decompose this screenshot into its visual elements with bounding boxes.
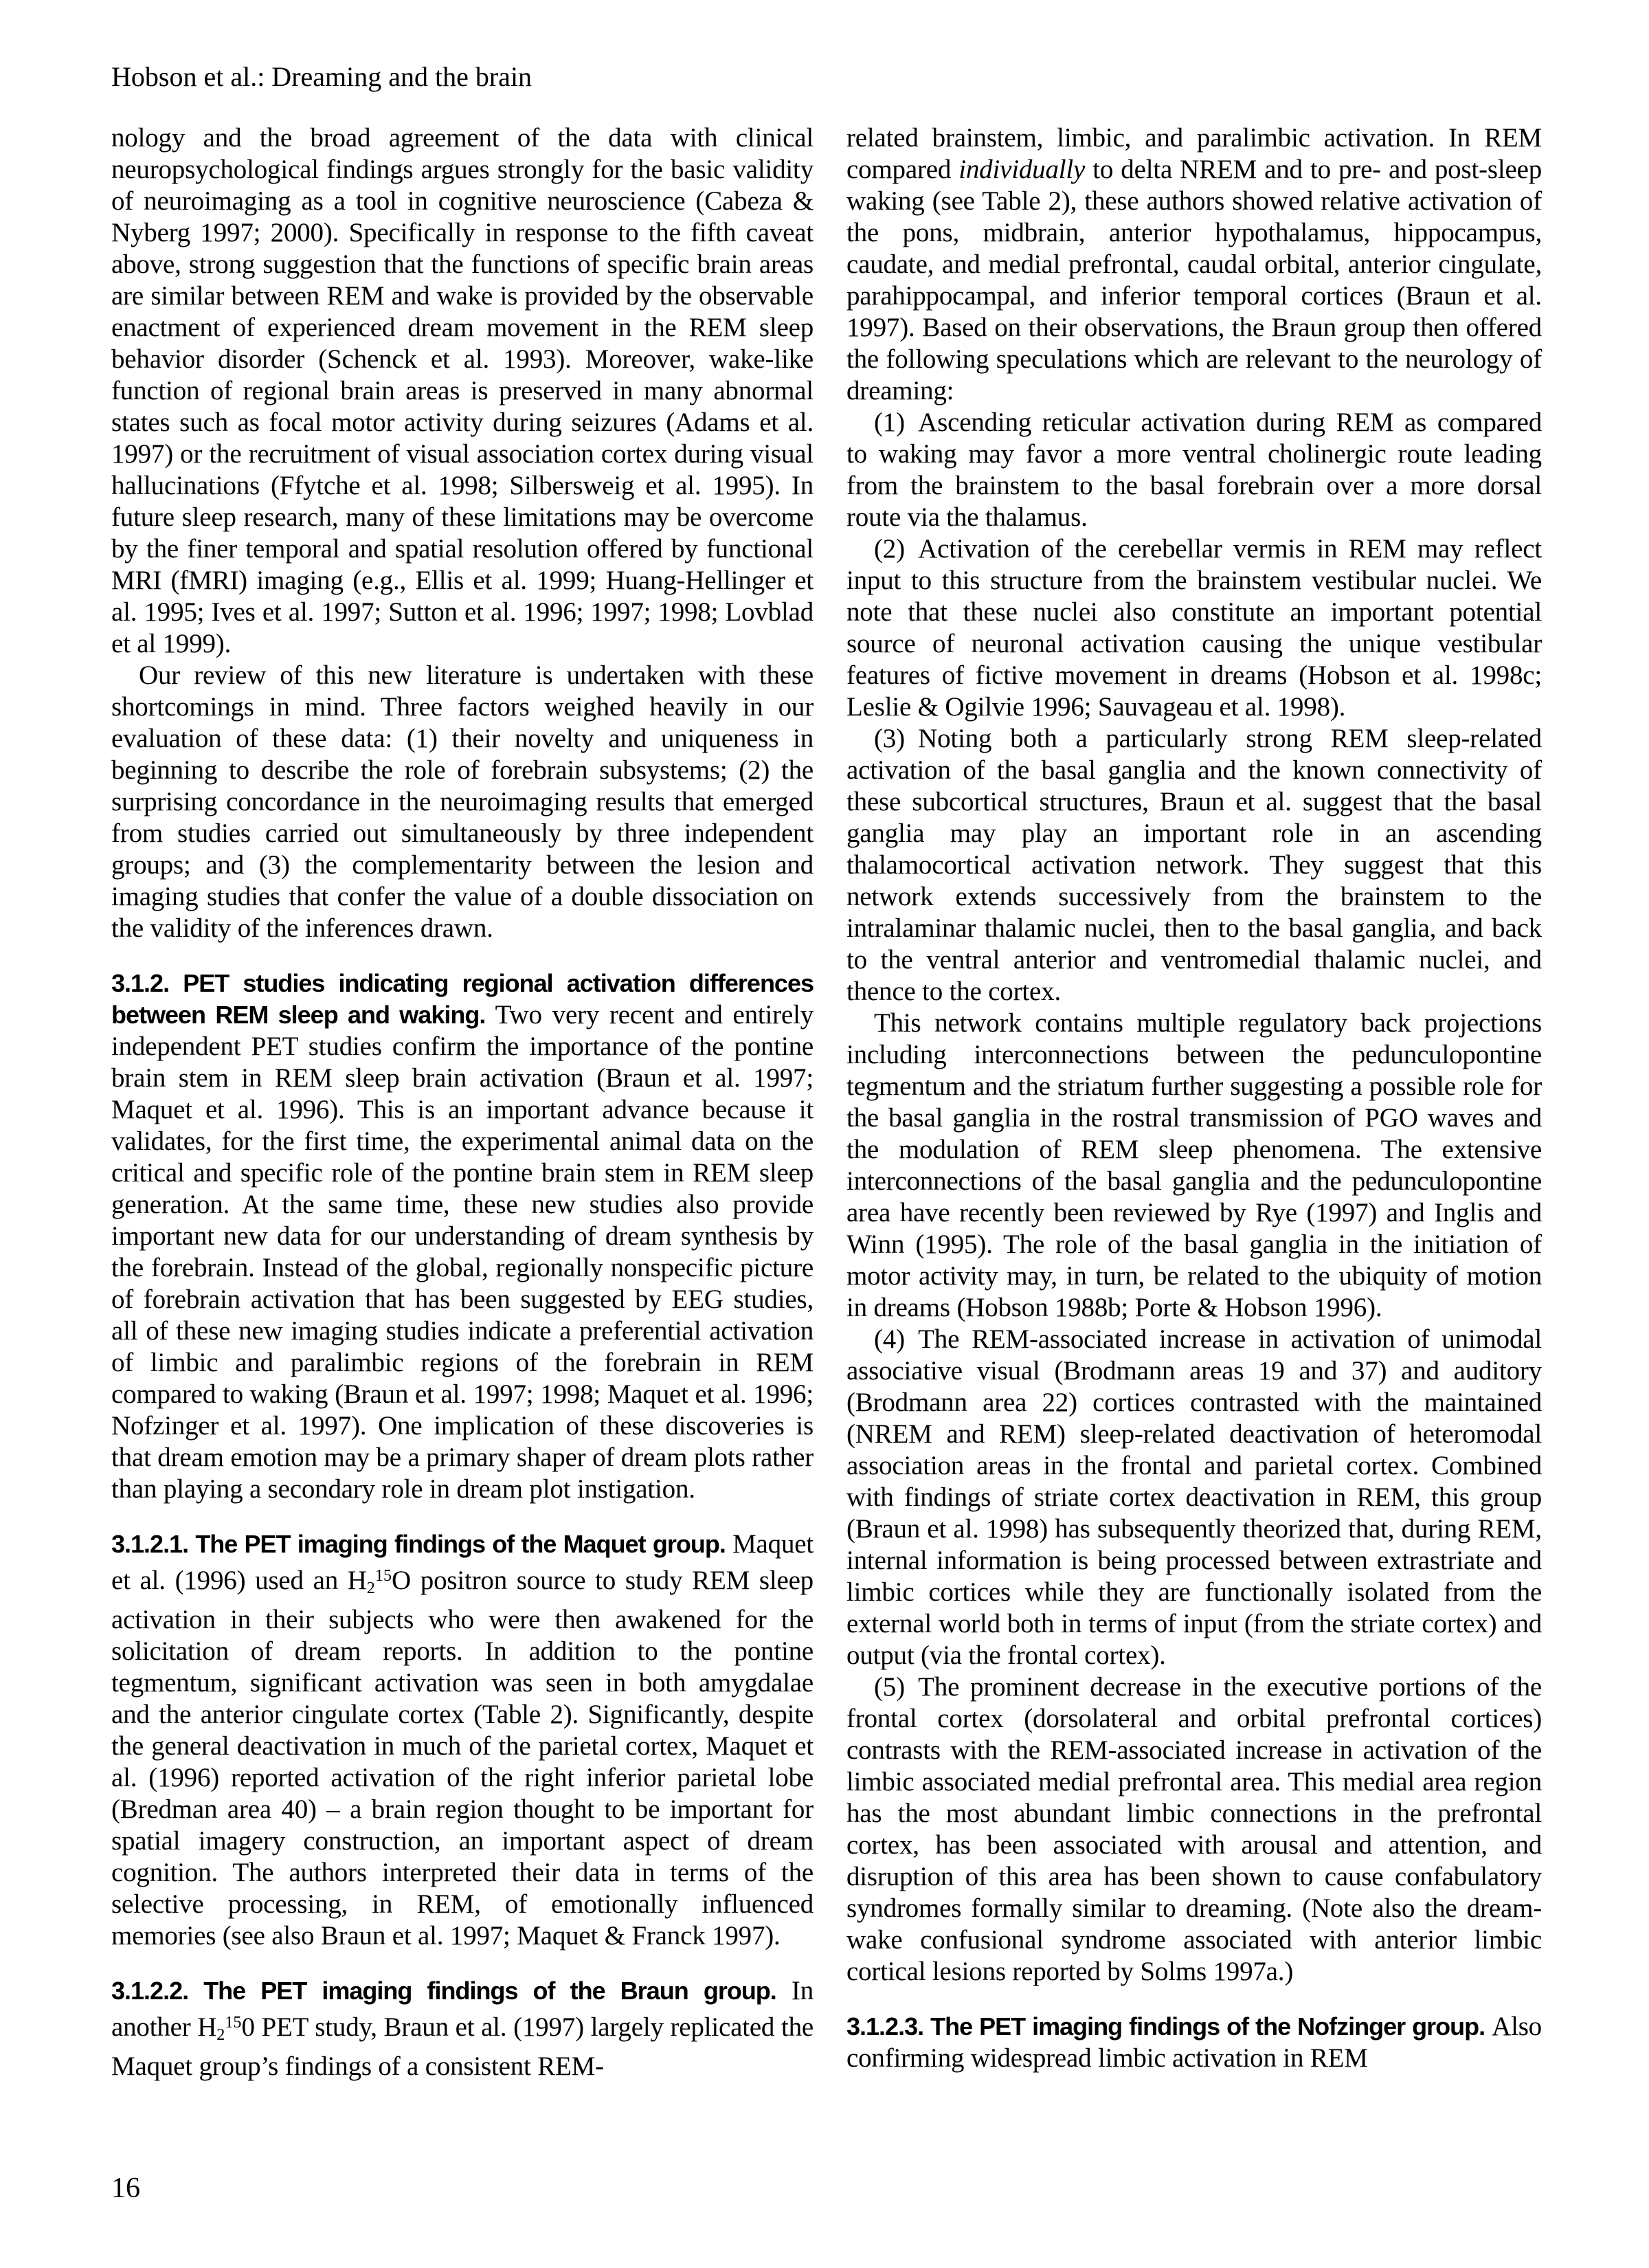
running-head: Hobson et al.: Dreaming and the brain (111, 62, 532, 92)
body-paragraph: (5) The prominent decrease in the execut… (846, 1671, 1542, 1988)
section-paragraph: 3.1.2.1. The PET imaging findings of the… (111, 1528, 814, 1952)
body-paragraph: Our review of this new literature is und… (111, 660, 814, 944)
text-run: 2 (216, 2025, 225, 2044)
text-run: 15 (375, 1566, 392, 1585)
page: Hobson et al.: Dreaming and the brain no… (0, 0, 1649, 2268)
body-paragraph: This network contains multiple regulator… (846, 1008, 1542, 1324)
right-column: related brainstem, limbic, and paralimbi… (846, 122, 1542, 2074)
body-paragraph: related brainstem, limbic, and paralimbi… (846, 122, 1542, 407)
section-paragraph: 3.1.2. PET studies indicating regional a… (111, 968, 814, 1505)
text-run: (2) Activation of the cerebellar vermis … (846, 534, 1542, 722)
text-run: (4) The REM-associated increase in activ… (846, 1324, 1542, 1670)
page-number: 16 (111, 2172, 140, 2205)
text-run: individually (958, 155, 1085, 184)
body-paragraph: (3) Noting both a particularly strong RE… (846, 723, 1542, 1008)
text-run: (1) Ascending reticular activation durin… (846, 408, 1542, 532)
text-run: Two very recent and entirely independent… (111, 1000, 814, 1504)
section-heading-runin: 3.1.2.1. The PET imaging findings of the… (111, 1530, 732, 1558)
text-run: 2 (367, 1579, 375, 1597)
text-run: 0 PET study, Braun et al. (1997) largely… (111, 2012, 814, 2081)
left-column: nology and the broad agreement of the da… (111, 122, 814, 2082)
body-paragraph: (4) The REM-associated increase in activ… (846, 1324, 1542, 1671)
text-run: 15 (225, 2013, 241, 2032)
text-run: nology and the broad agreement of the da… (111, 123, 814, 658)
body-paragraph: (2) Activation of the cerebellar vermis … (846, 533, 1542, 723)
text-run: (3) Noting both a particularly strong RE… (846, 724, 1542, 1006)
text-run: (5) The prominent decrease in the execut… (846, 1672, 1542, 1986)
text-run: This network contains multiple regulator… (846, 1008, 1542, 1322)
section-paragraph: 3.1.2.2. The PET imaging findings of the… (111, 1975, 814, 2082)
text-run: O positron source to study REM sleep act… (111, 1566, 814, 1950)
body-paragraph: (1) Ascending reticular activation durin… (846, 407, 1542, 533)
section-heading-runin: 3.1.2.3. The PET imaging findings of the… (846, 2012, 1492, 2041)
body-paragraph: nology and the broad agreement of the da… (111, 122, 814, 660)
text-run: Our review of this new literature is und… (111, 660, 814, 943)
text-run: to delta NREM and to pre- and post-sleep… (846, 155, 1542, 405)
section-heading-runin: 3.1.2.2. The PET imaging findings of the… (111, 1977, 792, 2005)
section-paragraph: 3.1.2.3. The PET imaging findings of the… (846, 2011, 1542, 2074)
